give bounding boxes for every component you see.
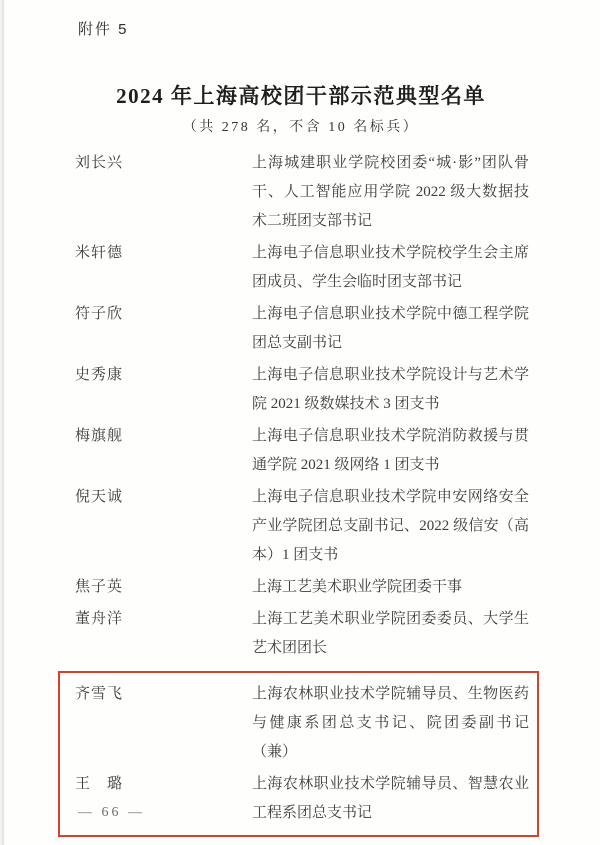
list-item: 米轩德上海电子信息职业技术学院校学生会主席团成员、学生会临时团支部书记 bbox=[75, 239, 529, 297]
page-number: — 66 — bbox=[78, 805, 145, 821]
person-role: 上海电子信息职业技术学院设计与艺术学院 2021 级数媒技术 3 团支书 bbox=[252, 361, 529, 419]
person-role: 上海农林职业技术学院辅导员、生物医药与健康系团总支书记、院团委副书记（兼） bbox=[252, 680, 529, 767]
page-subtitle: （共 278 名，不含 10 名标兵） bbox=[2, 116, 600, 136]
person-name: 符子欣 bbox=[75, 300, 252, 358]
person-role: 上海农林职业技术学院辅导员、智慧农业工程系团总支书记 bbox=[252, 770, 529, 828]
list-item: 齐雪飞上海农林职业技术学院辅导员、生物医药与健康系团总支书记、院团委副书记（兼） bbox=[75, 680, 529, 767]
person-name: 梅旗舰 bbox=[75, 422, 252, 480]
person-role: 上海城建职业学院校团委“城·影”团队骨干、人工智能应用学院 2022 级大数据技… bbox=[252, 149, 529, 236]
attachment-label: 附件 5 bbox=[78, 18, 129, 39]
list-item: 梅旗舰上海电子信息职业技术学院消防救援与贯通学院 2021 级网络 1 团支书 bbox=[75, 422, 529, 480]
person-name: 米轩德 bbox=[75, 239, 252, 297]
person-role: 上海电子信息职业技术学院校学生会主席团成员、学生会临时团支部书记 bbox=[252, 239, 529, 297]
person-name: 焦子英 bbox=[75, 573, 252, 602]
person-name: 齐雪飞 bbox=[75, 680, 252, 767]
person-role: 上海工艺美术职业学院团委干事 bbox=[252, 573, 529, 602]
person-name: 倪天诚 bbox=[75, 483, 252, 570]
person-role: 上海电子信息职业技术学院消防救援与贯通学院 2021 级网络 1 团支书 bbox=[252, 422, 529, 480]
person-role: 上海电子信息职业技术学院申安网络安全产业学院团总支副书记、2022 级信安（高本… bbox=[252, 483, 529, 570]
document-page: 附件 5 2024 年上海高校团干部示范典型名单 （共 278 名，不含 10 … bbox=[2, 0, 600, 845]
list-item: 符子欣上海电子信息职业技术学院中德工程学院团总支副书记 bbox=[75, 300, 529, 358]
page-title: 2024 年上海高校团干部示范典型名单 bbox=[2, 80, 600, 110]
list-item: 焦子英上海工艺美术职业学院团委干事 bbox=[75, 573, 529, 602]
list-item: 刘长兴上海城建职业学院校团委“城·影”团队骨干、人工智能应用学院 2022 级大… bbox=[75, 149, 529, 236]
list-item: 倪天诚上海电子信息职业技术学院申安网络安全产业学院团总支副书记、2022 级信安… bbox=[75, 483, 529, 570]
person-role: 上海工艺美术职业学院团委委员、大学生艺术团团长 bbox=[252, 605, 529, 663]
honor-list: 刘长兴上海城建职业学院校团委“城·影”团队骨干、人工智能应用学院 2022 级大… bbox=[75, 149, 529, 837]
person-role: 上海电子信息职业技术学院中德工程学院团总支副书记 bbox=[252, 300, 529, 358]
person-name: 史秀康 bbox=[75, 361, 252, 419]
person-name: 董舟洋 bbox=[75, 605, 252, 663]
list-item: 史秀康上海电子信息职业技术学院设计与艺术学院 2021 级数媒技术 3 团支书 bbox=[75, 361, 529, 419]
list-item: 董舟洋上海工艺美术职业学院团委委员、大学生艺术团团长 bbox=[75, 605, 529, 663]
person-name: 刘长兴 bbox=[75, 149, 252, 236]
